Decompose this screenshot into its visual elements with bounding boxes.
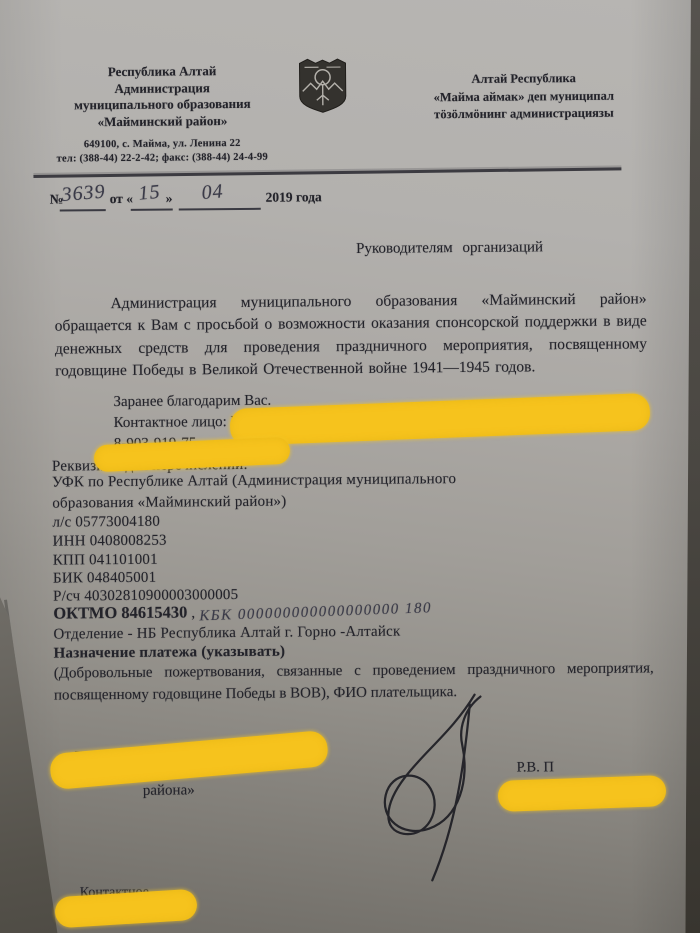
highlight-redaction-signer-name bbox=[498, 775, 667, 812]
year-text: 2019 года bbox=[266, 189, 322, 205]
bank-branch: Отделение - НБ Республика Алтай г. Горно… bbox=[53, 624, 400, 644]
quote-close: » bbox=[166, 191, 173, 207]
address-line: тел: (388-44) 22-2-42; факс: (388-44) 24… bbox=[23, 150, 301, 166]
inn: ИНН 0408008253 bbox=[53, 533, 167, 551]
ref-day-handwritten: 15 bbox=[138, 181, 162, 206]
payment-purpose-title: Назначение платежа (указывать) bbox=[54, 644, 286, 663]
coat-of-arms-icon bbox=[295, 56, 350, 114]
requisites-line: УФК по Республике Алтай (Администрация м… bbox=[52, 471, 456, 492]
letterhead-divider bbox=[33, 167, 621, 178]
bik: БИК 048405001 bbox=[53, 570, 156, 588]
letterhead-address: 649100, с. Майма, ул. Ленина 22 тел: (38… bbox=[23, 136, 301, 166]
blank-underline bbox=[179, 208, 261, 211]
blank-underline bbox=[60, 209, 106, 211]
addressee: Руководителям организаций bbox=[356, 239, 543, 258]
contact-line: Контактное лицо: Ко bbox=[114, 414, 248, 432]
from-word: от « bbox=[110, 191, 133, 207]
ref-number-handwritten: 3639 bbox=[61, 181, 107, 207]
ref-month-handwritten: 04 bbox=[201, 180, 225, 205]
head-title-partial-2: района» bbox=[143, 782, 195, 799]
requisites-line: образования «Майминский район») bbox=[52, 494, 286, 513]
body-paragraph: Администрация муниципального образования… bbox=[54, 288, 647, 383]
oktmo: ОКТМО 84615430 bbox=[53, 602, 187, 622]
personal-account: л/с 05773004180 bbox=[52, 514, 160, 532]
letterhead-left: Республика Алтай Администрация муниципал… bbox=[34, 63, 290, 131]
signer-initials-partial: Р.В. П bbox=[517, 759, 554, 776]
org-line: «Майминский район» bbox=[35, 112, 290, 131]
comma: , bbox=[191, 605, 195, 621]
kpp: КПП 041101001 bbox=[53, 552, 158, 570]
signature bbox=[324, 687, 516, 884]
kbk-handwritten: КБК 000000000000000000 180 bbox=[199, 600, 432, 625]
blank-underline bbox=[131, 209, 173, 211]
org-line-alt: тӧзӧлмӧнинг администрациязы bbox=[379, 104, 669, 124]
letterhead-right: Алтай Республика «Майма аймак» деп муниц… bbox=[379, 69, 669, 124]
document-photo: Республика Алтай Администрация муниципал… bbox=[0, 0, 700, 933]
